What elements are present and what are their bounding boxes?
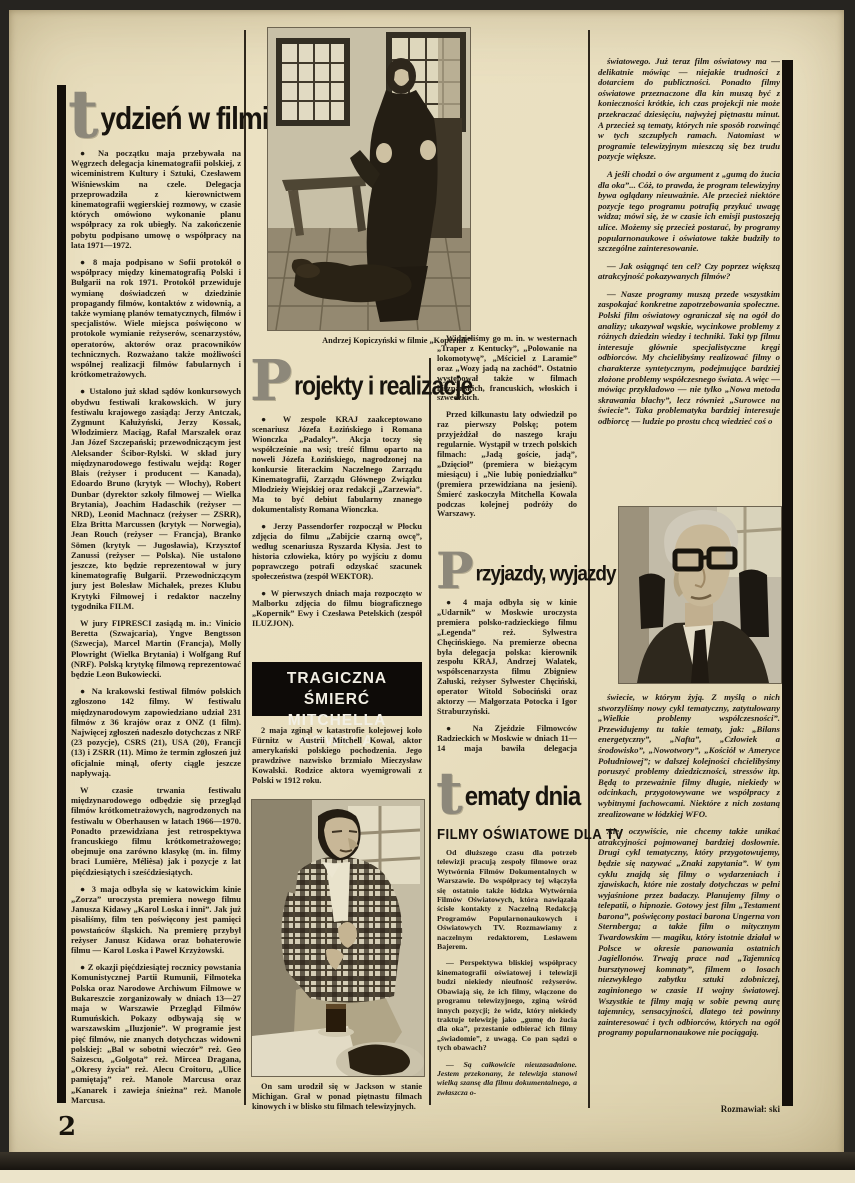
paragraph: ● W pierwszych dniach maja rozpoczęto w … xyxy=(252,589,422,629)
paragraph: W jury FIPRESCI zasiądą m. in.: Vinicio … xyxy=(71,618,241,679)
paragraph: ● W zespole KRAJ zaakceptowano scenarius… xyxy=(252,415,422,515)
paragraph: ● 8 maja podpisano w Sofii protokół o ws… xyxy=(71,257,241,379)
paragraph: — Perspektywa bliskiej współpracy kinema… xyxy=(437,958,577,1052)
paragraph: On sam urodził się w Jackson w stanie Mi… xyxy=(252,1082,422,1112)
dropcap-letter: P xyxy=(250,360,292,404)
column-tematy-dnia: Od dłuższego czasu dla potrzeb telewizji… xyxy=(437,848,577,1106)
dropcap-letter: t xyxy=(68,89,99,140)
dropcap-letter: P xyxy=(436,551,474,590)
paragraph: — Są całkowicie nieuzasadnione. Jestem p… xyxy=(437,1060,577,1098)
left-thick-rule xyxy=(57,85,66,1103)
paragraph: światowego. Już teraz film oświatowy ma … xyxy=(598,56,780,162)
editor-portrait-photo xyxy=(619,507,781,683)
paragraph: ● 4 maja odbyła się w kinie „Udarnik” w … xyxy=(437,598,577,717)
kopernik-film-still-photo xyxy=(268,28,470,330)
next-page-edge xyxy=(0,1170,855,1183)
paragraph: ● Z okazji pięćdziesiątej rocznicy powst… xyxy=(71,962,241,1105)
column-tydzien-w-filmie: ● Na początku maja przebywała na Węgrzec… xyxy=(71,148,241,1106)
right-thick-rule xyxy=(782,60,793,1106)
section-title: rzyjazdy, wyjazdy xyxy=(476,562,616,587)
paragraph: Widzieliśmy go m. in. w westernach „Trap… xyxy=(437,334,577,403)
paragraph: 2 maja zginął w katastrofie kolejowej ko… xyxy=(252,726,422,786)
paragraph: — Jak osiągnąć ten cel? Czy poprzez więk… xyxy=(598,261,780,282)
paragraph: Przed kilkunastu laty odwiedził po raz p… xyxy=(437,410,577,519)
magazine-page-scan: t ydzień w filmie ● Na początku maja prz… xyxy=(0,0,855,1183)
paragraph: Od dłuższego czasu dla potrzeb telewizji… xyxy=(437,848,577,951)
paragraph: W czasie trwania festiwalu międzynarodow… xyxy=(71,785,241,877)
paragraph: ● Ustalono już skład sądów konkursowych … xyxy=(71,386,241,610)
tragiczna-lead: 2 maja zginął w katastrofie kolejowej ko… xyxy=(252,726,422,792)
kowal-photo-caption: On sam urodził się w Jackson w stanie Mi… xyxy=(252,1082,422,1128)
paragraph: — Nasze programy muszą przede wszystkim … xyxy=(598,289,780,427)
paragraph: ● 3 maja odbyła się w katowickim kinie „… xyxy=(71,884,241,955)
column-przyjazdy: ● 4 maja odbyła się w kinie „Udarnik” w … xyxy=(437,598,577,754)
column-rule-1 xyxy=(244,30,246,1105)
dropcap-letter: t xyxy=(436,771,463,816)
paragraph: świecie, w którym żyją. Z myślą o nich s… xyxy=(598,692,780,819)
interview-column-bottom: świecie, w którym żyją. Z myślą o nich s… xyxy=(598,692,780,1104)
subheading-filmy-oswiatowe: FILMY OŚWIATOWE DLA TV xyxy=(437,826,624,843)
paragraph: A jeśli chodzi o ów argument z „gumą do … xyxy=(598,169,780,254)
paragraph: ● Na początku maja przebywała na Węgrzec… xyxy=(71,148,241,250)
column-kowal-continuation: Widzieliśmy go m. in. w westernach „Trap… xyxy=(437,334,577,542)
paragraph: ● Na Zjeździe Filmowców Radzieckich w Mo… xyxy=(437,724,577,754)
section-title: ydzień w filmie xyxy=(101,101,284,137)
paragraph: Ale, oczywiście, nie chcemy także unikać… xyxy=(598,826,780,1038)
column-rule-2 xyxy=(429,358,431,1105)
section-heading-przyjazdy-wyjazdy: P rzyjazdy, wyjazdy xyxy=(436,542,616,590)
section-title: ematy dnia xyxy=(465,782,580,813)
interview-column-top: światowego. Już teraz film oświatowy ma … xyxy=(598,56,780,504)
section-heading-tematy-dnia: t ematy dnia xyxy=(436,758,580,816)
section-heading-tydzien-w-filmie: t ydzień w filmie xyxy=(68,76,283,140)
headline-line-1: TRAGICZNA ŚMIERĆ xyxy=(256,668,418,710)
paragraph: ● Na krakowski festiwal filmów polskich … xyxy=(71,686,241,778)
mitchell-kowal-photo xyxy=(252,800,424,1076)
interview-signoff: Rozmawiał: ski xyxy=(598,1104,780,1114)
column-projekty: ● W zespole KRAJ zaakceptowano scenarius… xyxy=(252,415,422,655)
page-number: 2 xyxy=(58,1112,76,1142)
page-bottom-shadow xyxy=(0,1152,855,1170)
headline-box-tragiczna-smierc: TRAGICZNA ŚMIERĆ MITCHELLA KOWALA xyxy=(252,662,422,716)
paragraph: ● Jerzy Passendorfer rozpoczął w Płocku … xyxy=(252,522,422,582)
